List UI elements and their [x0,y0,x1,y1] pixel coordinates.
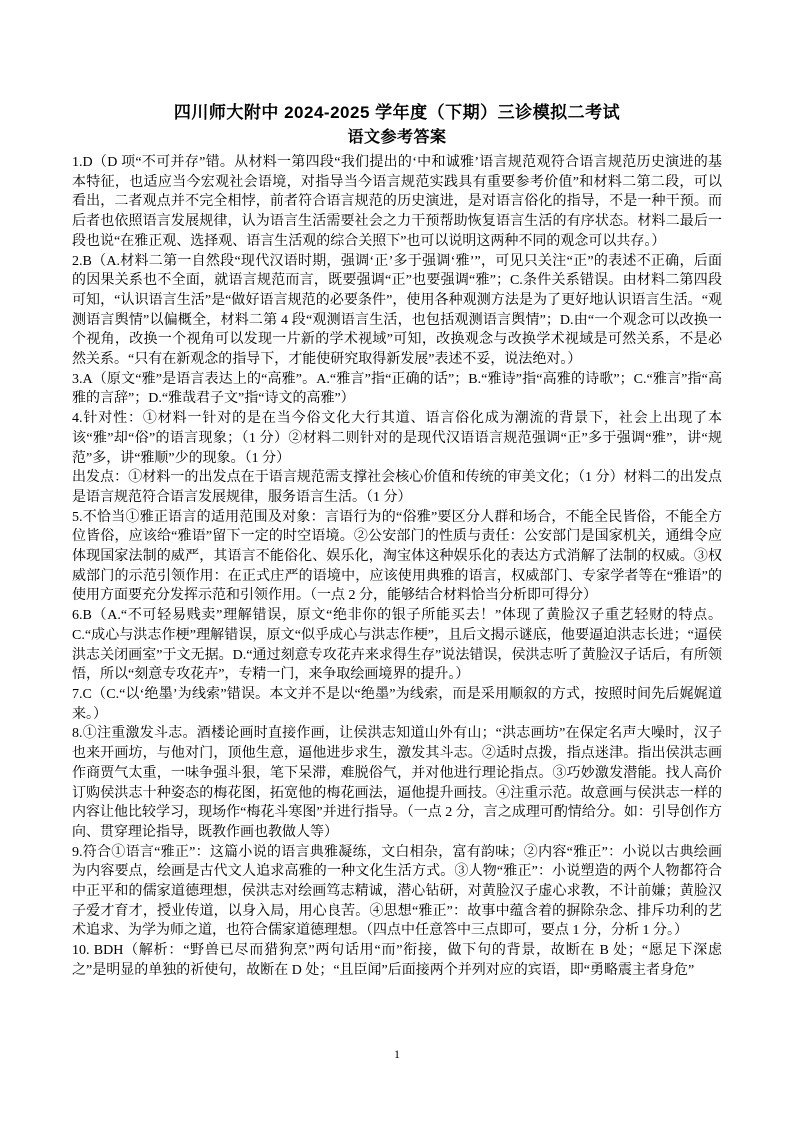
answers-body: 1.D（D 项“不可并存”错。从材料一第四段“我们提出的‘中和诚雅’语言规范观符… [72,153,722,981]
answer-paragraph-9: 9.符合①语言“雅正”：这篇小说的语言典雅凝练，文白相杂，富有韵味；②内容“雅正… [72,843,722,942]
answer-paragraph-2: 2.B（A.材料二第一自然段“现代汉语时期，强调‘正’多于强调‘雅’”，可见只关… [72,252,722,370]
document-subtitle: 语文参考答案 [72,125,722,150]
answer-paragraph-4-continued: 出发点：①材料一的出发点在于语言规范需支撑社会核心价值和传统的审美文化；（1 分… [72,468,722,507]
exam-answer-document-page: 四川师大附中 2024-2025 学年度（下期）三诊模拟二考试 语文参考答案 1… [0,0,794,1123]
answer-paragraph-10: 10. BDH（解析：“野兽已尽而猎狗烹”两句话用“而”衔接，做下句的背景，故断… [72,941,722,980]
answer-paragraph-4: 4.针对性：①材料一针对的是在当今俗文化大行其道、语言俗化成为潮流的背景下，社会… [72,409,722,468]
answer-paragraph-1: 1.D（D 项“不可并存”错。从材料一第四段“我们提出的‘中和诚雅’语言规范观符… [72,153,722,252]
page-content: 四川师大附中 2024-2025 学年度（下期）三诊模拟二考试 语文参考答案 1… [72,100,722,981]
page-number: 1 [0,1047,794,1061]
answer-paragraph-3: 3.A（原文“雅”是语言表达上的“高雅”。A.“雅言”指“正确的话”；B.“雅诗… [72,370,722,409]
answer-paragraph-7: 7.C（C.“以‘绝墨’为线索”错误。本文并不是以“绝墨”为线索，而是采用顺叙的… [72,685,722,724]
document-title: 四川师大附中 2024-2025 学年度（下期）三诊模拟二考试 [72,100,722,125]
answer-paragraph-5: 5.不恰当①雅正语言的适用范围及对象：言语行为的“俗雅”要区分人群和场合，不能全… [72,508,722,607]
answer-paragraph-8: 8.①注重激发斗志。酒楼论画时直接作画，让侯洪志知道山外有山；“洪志画坊”在保定… [72,724,722,842]
answer-paragraph-6: 6.B（A.“不可轻易贱卖”理解错误，原文“绝非你的银子所能买去！”体现了黄脸汉… [72,606,722,685]
